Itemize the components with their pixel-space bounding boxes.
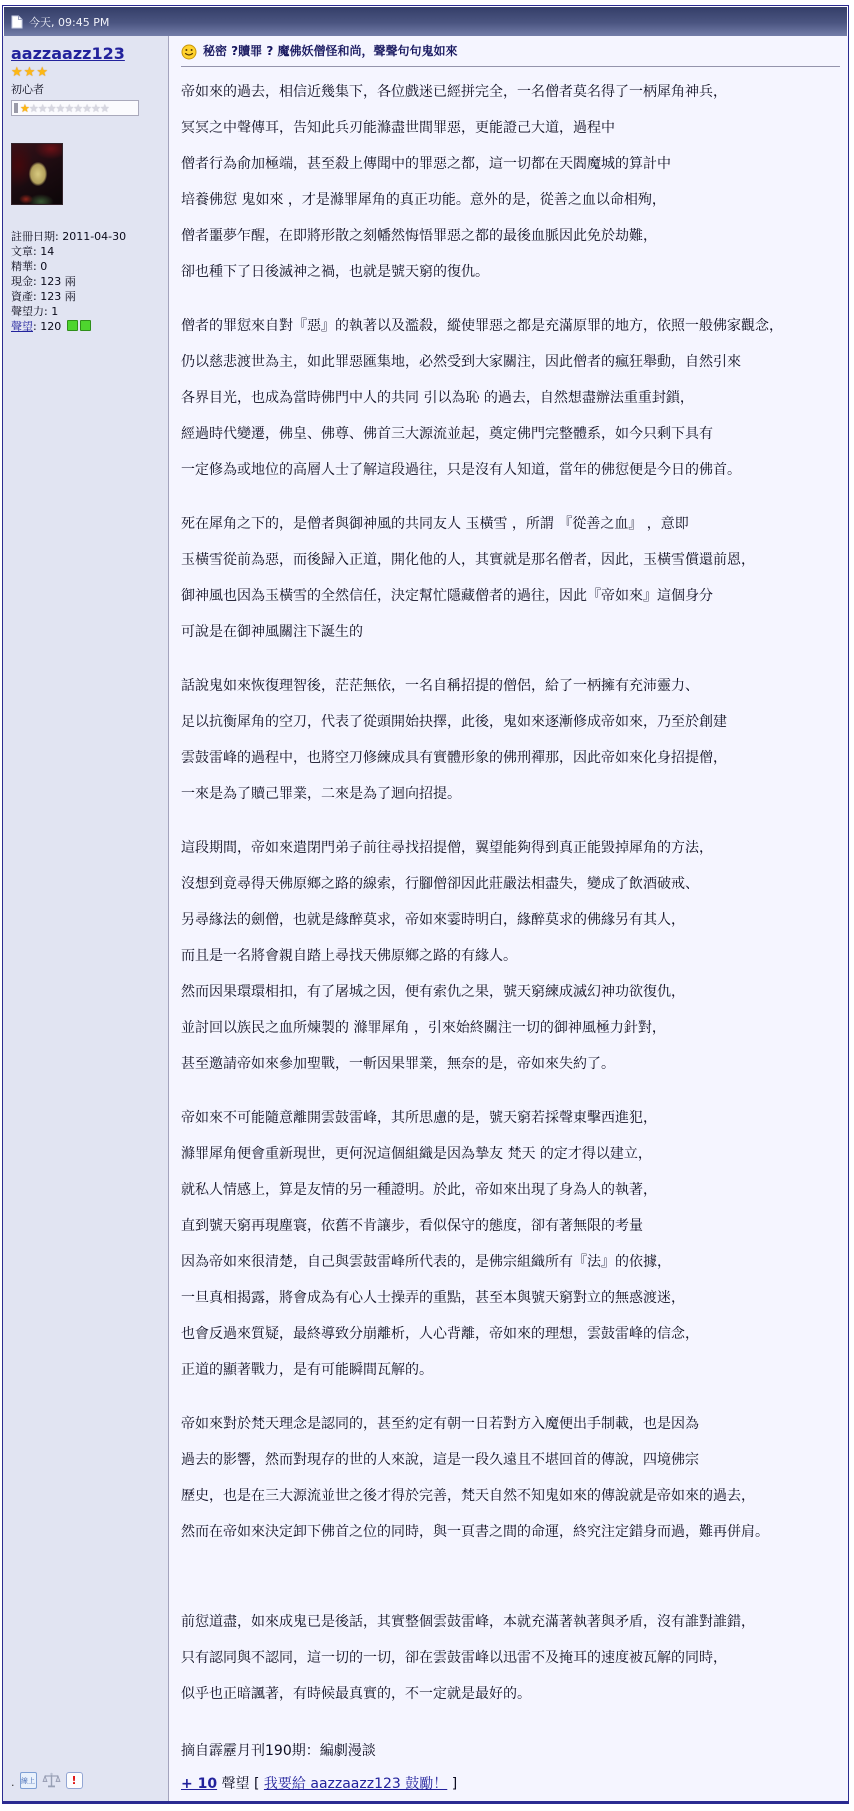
reputation-bar-nub xyxy=(14,103,18,113)
encourage-link[interactable]: 我要給 aazzaazz123 鼓勵！ xyxy=(264,1776,447,1792)
body-line: 帝如來的過去，相信近幾集下，各位戲迷已經拼完全，一名僧者莫名得了一柄犀角神兵， xyxy=(181,74,840,110)
post-footer: 摘自霹靂月刊190期：編劇漫談 + 10 聲望 [ 我要給 aazzaazz12… xyxy=(181,1740,457,1793)
user-stat: 精華: 0 xyxy=(11,259,168,274)
post-body: 帝如來的過去，相信近幾集下，各位戲迷已經拼完全，一名僧者莫名得了一柄犀角神兵，冥… xyxy=(181,74,840,1712)
body-line: 冥冥之中聲傳耳，告知此兵刃能滌盡世間罪惡，更能證己大道，過程中 xyxy=(181,110,840,146)
body-line: 就私人情感上，算是友情的另一種證明。於此，帝如來出現了身為人的執著， xyxy=(181,1172,840,1208)
rep-grey-star-icon: ★ xyxy=(47,103,56,114)
body-line: 然而因果環環相扣，有了屠城之因，便有索仇之果，號天窮練成滅幻神功欲復仇， xyxy=(181,974,840,1010)
user-stat: 資產: 123 兩 xyxy=(11,289,168,304)
reputation-link[interactable]: 聲望 xyxy=(11,320,33,333)
paragraph: 這段期間，帝如來遣閉門弟子前往尋找招提僧，翼望能夠得到真正能毀掉犀角的方法，沒想… xyxy=(181,830,840,1082)
body-line: 另尋緣法的劍僧，也就是緣醉莫求，帝如來霎時明白，緣醉莫求的佛緣另有其人， xyxy=(181,902,840,938)
title-divider xyxy=(181,66,840,67)
body-line: 而且是一名將會親自踏上尋找天佛原鄉之路的有緣人。 xyxy=(181,938,840,974)
rep-grey-star-icon: ★ xyxy=(82,103,91,114)
body-line: 並討回以族民之血所煉製的 滌罪犀角 ，引來始終關注一切的御神風極力針對， xyxy=(181,1010,840,1046)
body-line: 各界目光，也成為當時佛門中人的共同 引以為恥 的過去，自然想盡辦法重重封鎖， xyxy=(181,380,840,416)
forum-post: 今天, 09:45 PM aazzaazz123 ★★★ 初心者 ★★★★★★★… xyxy=(2,5,849,1804)
reputation-line: + 10 聲望 [ 我要給 aazzaazz123 鼓勵！ ] xyxy=(181,1773,457,1793)
body-line: 一旦真相揭露，將會成為有心人士操弄的重點，甚至本與號天窮對立的無惑渡迷， xyxy=(181,1280,840,1316)
paragraph: 帝如來不可能隨意離開雲鼓雷峰，其所思慮的是，號天窮若採聲東擊西進犯，滌罪犀角便會… xyxy=(181,1100,840,1388)
body-line: 雲鼓雷峰的過程中，也將空刀修練成具有實體形象的佛刑禪那，因此帝如來化身招提僧， xyxy=(181,740,840,776)
body-line: 帝如來對於梵天理念是認同的，甚至約定有朝一日若對方入魔便出手制載，也是因為 xyxy=(181,1406,840,1442)
paragraph: 話說鬼如來恢復理智後，茫茫無依，一名自稱招提的僧侶，給了一柄擁有充沛靈力、足以抗… xyxy=(181,668,840,812)
signature-dot: . xyxy=(11,1776,15,1789)
rep-grey-star-icon: ★ xyxy=(73,103,82,114)
report-post-icon[interactable]: ! xyxy=(66,1772,83,1789)
body-line: 卻也種下了日後滅神之禍，也就是號天窮的復仇。 xyxy=(181,254,840,290)
body-line: 因為帝如來很清楚，自己與雲鼓雷峰所代表的，是佛宗組織所有『法』的依據， xyxy=(181,1244,840,1280)
body-line: 經過時代變遷，佛皇、佛尊、佛首三大源流並起，奠定佛門完整體系，如今只剩下具有 xyxy=(181,416,840,452)
body-line: 僧者噩夢乍醒，在即將形散之刻幡然悔悟罪惡之都的最後血脈因此免於劫難， xyxy=(181,218,840,254)
body-line: 過去的影響，然而對現存的世的人來說，這是一段久遠且不堪回首的傳說，四境佛宗 xyxy=(181,1442,840,1478)
body-line: 似乎也正暗諷著，有時候最真實的，不一定就是最好的。 xyxy=(181,1676,840,1712)
body-line: 話說鬼如來恢復理智後，茫茫無依，一名自稱招提的僧侶，給了一柄擁有充沛靈力、 xyxy=(181,668,840,704)
user-stat: 文章: 14 xyxy=(11,244,168,259)
user-stat: 聲望力: 1 xyxy=(11,304,168,319)
body-line: 前愆道盡，如來成鬼已是後話，其實整個雲鼓雷峰，本就充滿著執著與矛盾，沒有誰對誰錯… xyxy=(181,1604,840,1640)
paragraph: 僧者的罪愆來自對『惡』的執著以及濫殺，縱使罪惡之都是充滿原罪的地方，依照一般佛家… xyxy=(181,308,840,488)
paragraph: 帝如來對於梵天理念是認同的，甚至約定有朝一日若對方入魔便出手制載，也是因為過去的… xyxy=(181,1406,840,1550)
body-line: 正道的顯著戰力，是有可能瞬間瓦解的。 xyxy=(181,1352,840,1388)
body-line: 僧者的罪愆來自對『惡』的執著以及濫殺，縱使罪惡之都是充滿原罪的地方，依照一般佛家… xyxy=(181,308,840,344)
body-line: 可說是在御神風關注下誕生的 xyxy=(181,614,840,650)
user-stat: 註冊日期: 2011-04-30 xyxy=(11,229,168,244)
post-timestamp: 今天, 09:45 PM xyxy=(29,14,109,30)
body-line: 沒想到竟尋得天佛原鄉之路的線索，行腳僧卻因此莊嚴法相盡失，變成了飲酒破戒、 xyxy=(181,866,840,902)
body-line: 足以抗衡犀角的空刀，代表了從頭開始抉擇，此後，鬼如來逐漸修成帝如來，乃至於創建 xyxy=(181,704,840,740)
rep-grey-star-icon: ★ xyxy=(64,103,73,114)
rep-grey-star-icon: ★ xyxy=(29,103,38,114)
rep-grey-star-icon: ★ xyxy=(38,103,47,114)
user-title: 初心者 xyxy=(11,83,168,97)
paragraph: 死在犀角之下的，是僧者與御神風的共同友人 玉橫雪 ，所謂 『從善之血』 ，意即玉… xyxy=(181,506,840,650)
post-title: 秘密 ?贖罪 ? 魔佛妖僧怪和尚，聲聲句句鬼如來 xyxy=(203,43,457,60)
gold-star-icon: ★ xyxy=(11,65,24,80)
post-controls: . 線上 ! xyxy=(11,1772,168,1791)
body-line: 滌罪犀角便會重新現世，更何況這個組織是因為摯友 梵天 的定才得以建立， xyxy=(181,1136,840,1172)
rep-grey-star-icon: ★ xyxy=(91,103,100,114)
body-line: 帝如來不可能隨意離開雲鼓雷峰，其所思慮的是，號天窮若採聲東擊西進犯， xyxy=(181,1100,840,1136)
user-stat: 聲望: 120 xyxy=(11,319,168,334)
body-line: 死在犀角之下的，是僧者與御神風的共同友人 玉橫雪 ，所謂 『從善之血』 ，意即 xyxy=(181,506,840,542)
body-line: 一定修為或地位的高層人士了解這段過往，只是沒有人知道，當年的佛愆便是今日的佛首。 xyxy=(181,452,840,488)
gold-star-icon: ★ xyxy=(24,65,37,80)
avatar[interactable] xyxy=(11,143,63,205)
body-line: 也會反過來質疑，最終導致分崩離析，人心背離，帝如來的理想，雲鼓雷峰的信念， xyxy=(181,1316,840,1352)
reputation-gem xyxy=(80,320,91,331)
body-line: 仍以慈悲渡世為主，如此罪惡匯集地，必然受到大家關注，因此僧者的瘋狂舉動，自然引來 xyxy=(181,344,840,380)
bracket-open: [ xyxy=(254,1776,259,1792)
body-line: 甚至邀請帝如來參加聖戰，一斬因果罪業，無奈的是，帝如來失約了。 xyxy=(181,1046,840,1082)
page-doc-icon xyxy=(11,15,23,29)
rep-gold-star-icon: ★ xyxy=(20,103,29,114)
username-link[interactable]: aazzaazz123 xyxy=(11,44,125,63)
source-note: 摘自霹靂月刊190期：編劇漫談 xyxy=(181,1740,457,1760)
reputation-bar: ★★★★★★★★★★ xyxy=(11,100,139,116)
body-line: 僧者行為俞加極端，甚至殺上傳聞中的罪惡之都，這一切都在天閻魔城的算計中 xyxy=(181,146,840,182)
body-line: 培養佛愆 鬼如來 ，才是滌罪犀角的真正功能。意外的是，從善之血以命相殉， xyxy=(181,182,840,218)
paragraph: 帝如來的過去，相信近幾集下，各位戲迷已經拼完全，一名僧者莫名得了一柄犀角神兵，冥… xyxy=(181,74,840,290)
user-stat: 現金: 123 兩 xyxy=(11,274,168,289)
user-rank-stars: ★★★ xyxy=(11,66,168,80)
rep-word: 聲望 xyxy=(222,1776,250,1792)
rep-plus-link[interactable]: + 10 xyxy=(181,1776,217,1792)
body-line: 御神風也因為玉橫雪的全然信任，決定幫忙隱藏僧者的過往，因此『帝如來』這個身分 xyxy=(181,578,840,614)
body-line: 一來是為了贖己罪業，二來是為了迴向招提。 xyxy=(181,776,840,812)
online-status-icon: 線上 xyxy=(20,1772,37,1789)
paragraph: 前愆道盡，如來成鬼已是後話，其實整個雲鼓雷峰，本就充滿著執著與矛盾，沒有誰對誰錯… xyxy=(181,1604,840,1712)
body-line: 這段期間，帝如來遣閉門弟子前往尋找招提僧，翼望能夠得到真正能毀掉犀角的方法， xyxy=(181,830,840,866)
post-header-bar: 今天, 09:45 PM xyxy=(4,7,847,36)
gold-star-icon: ★ xyxy=(36,65,49,80)
body-line: 直到號天窮再現塵寰，依舊不肯讓步，看似保守的態度，卻有著無限的考量 xyxy=(181,1208,840,1244)
body-line: 歷史，也是在三大源流並世之後才得於完善，梵天自然不知鬼如來的傳說就是帝如來的過去… xyxy=(181,1478,840,1514)
body-line: 玉橫雪從前為惡，而後歸入正道，開化他的人，其實就是那名僧者，因此，玉橫雪償還前恩… xyxy=(181,542,840,578)
body-line: 只有認同與不認同，這一切的一切，卻在雲鼓雷峰以迅雷不及掩耳的速度被瓦解的同時， xyxy=(181,1640,840,1676)
body-line: 然而在帝如來決定卸下佛首之位的同時，與一頁書之間的命運，終究注定錯身而過，難再併… xyxy=(181,1514,840,1550)
post-content-panel: 秘密 ?贖罪 ? 魔佛妖僧怪和尚，聲聲句句鬼如來 帝如來的過去，相信近幾集下，各… xyxy=(169,36,848,1801)
user-panel: aazzaazz123 ★★★ 初心者 ★★★★★★★★★★ 註冊日期: 201… xyxy=(3,36,169,1801)
user-stats: 註冊日期: 2011-04-30文章: 14精華: 0現金: 123 兩資產: … xyxy=(11,229,168,334)
reputation-scales-icon[interactable] xyxy=(42,1772,61,1789)
reputation-gem xyxy=(67,320,78,331)
rep-grey-star-icon: ★ xyxy=(100,103,109,114)
bracket-close: ] xyxy=(452,1776,457,1792)
smiley-icon xyxy=(181,44,197,60)
